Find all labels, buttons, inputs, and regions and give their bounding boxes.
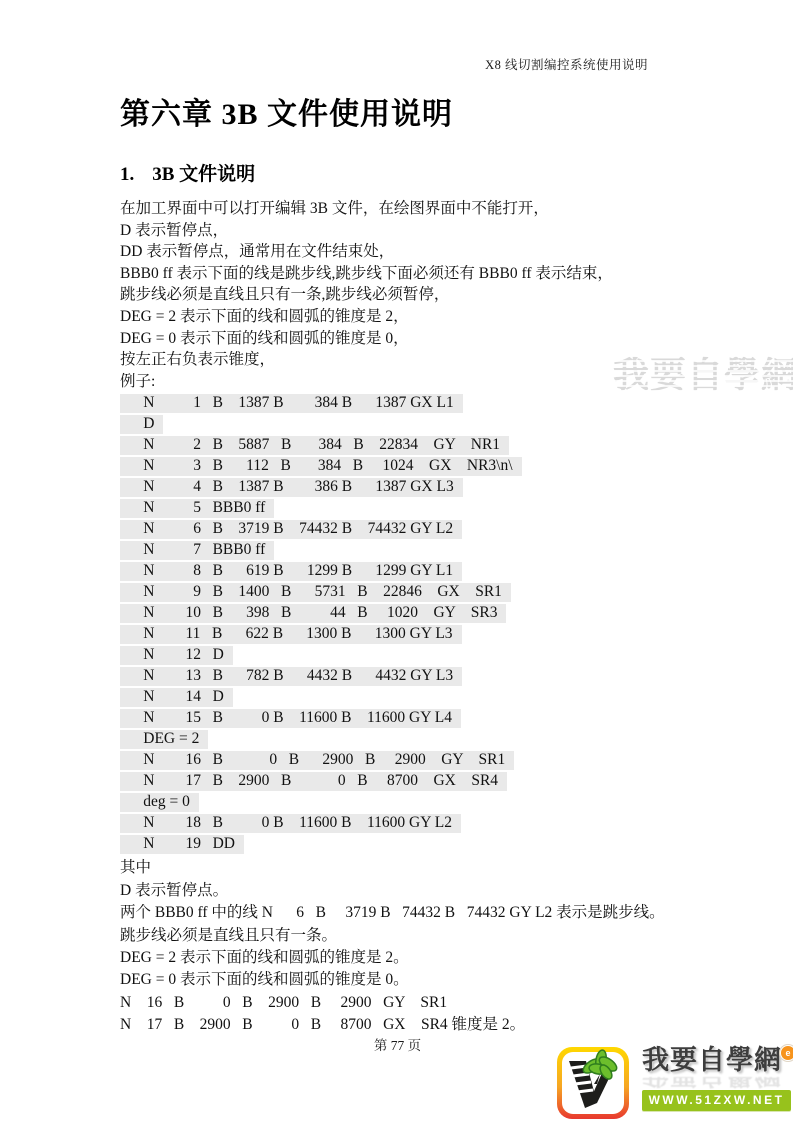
section-number: 1. (120, 164, 134, 185)
section-title: 3B 文件说明 (152, 164, 255, 185)
code-row-text: N 13 B 782 B 4432 B 4432 GY L3 (120, 667, 462, 686)
code-row-text: N 14 D (120, 688, 233, 707)
code-row-text: DEG = 2 (120, 730, 208, 749)
code-row: N 7 BBB0 ff (120, 539, 705, 560)
intro-line: BBB0 ff 表示下面的线是跳步线,跳步线下面必须还有 BBB0 ff 表示结… (120, 263, 705, 285)
intro-line: D 表示暂停点， (120, 220, 705, 242)
code-row-text: N 9 B 1400 B 5731 B 22846 GX SR1 (120, 583, 511, 602)
intro-line: DEG = 0 表示下面的线和圆弧的锥度是 0， (120, 328, 705, 350)
notes-paragraph: 其中 D 表示暂停点。 两个 BBB0 ff 中的线 N 6 B 3719 B … (120, 857, 705, 1036)
document-page: X8 线切割编控系统使用说明 第六章 3B 文件使用说明 1.3B 文件说明 在… (0, 0, 793, 1122)
note-line: N 17 B 2900 B 0 B 8700 GX SR4 锥度是 2。 (120, 1014, 705, 1036)
logo-badge-icon (556, 1046, 630, 1120)
code-row-text: N 17 B 2900 B 0 B 8700 GX SR4 (120, 772, 507, 791)
code-row: N 8 B 619 B 1299 B 1299 GY L1 (120, 560, 705, 581)
code-row-text: N 8 B 619 B 1299 B 1299 GY L1 (120, 562, 462, 581)
code-row-text: N 19 DD (120, 835, 244, 854)
code-row: N 11 B 622 B 1300 B 1300 GY L3 (120, 623, 705, 644)
code-row-text: N 12 D (120, 646, 233, 665)
chapter-title: 第六章 3B 文件使用说明 (120, 94, 705, 136)
code-row-text: deg = 0 (120, 793, 199, 812)
code-row-text: D (120, 415, 163, 434)
code-row-text: N 3 B 112 B 384 B 1024 GX NR3\n\ (120, 457, 522, 476)
code-row: N 3 B 112 B 384 B 1024 GX NR3\n\ (120, 455, 705, 476)
logo-text-column: 我要自學網 我要自學網 e WWW.51ZXW.NET (642, 1044, 793, 1122)
page-content: 第六章 3B 文件使用说明 1.3B 文件说明 在加工界面中可以打开编辑 3B … (120, 0, 705, 1053)
code-row-text: N 1 B 1387 B 384 B 1387 GX L1 (120, 394, 463, 413)
logo-orange-dot-icon: e (780, 1045, 793, 1061)
code-row: N 5 BBB0 ff (120, 497, 705, 518)
code-row: N 12 D (120, 644, 705, 665)
logo-url-banner: WWW.51ZXW.NET (642, 1090, 791, 1111)
intro-line: 在加工界面中可以打开编辑 3B 文件，在绘图界面中不能打开， (120, 198, 705, 220)
note-line: 其中 (120, 857, 705, 879)
note-line: 跳步线必须是直线且只有一条。 (120, 925, 705, 947)
logo-brand-reflection: 我要自學網 (642, 1077, 793, 1089)
code-row-text: N 15 B 0 B 11600 B 11600 GY L4 (120, 709, 461, 728)
3b-code-listing: N 1 B 1387 B 384 B 1387 GX L1 D N 2 B 58… (120, 392, 705, 854)
watermark-stripes (613, 352, 793, 398)
intro-line: 跳步线必须是直线且只有一条,跳步线必须暂停， (120, 284, 705, 306)
code-row: N 17 B 2900 B 0 B 8700 GX SR4 (120, 770, 705, 791)
note-line: 两个 BBB0 ff 中的线 N 6 B 3719 B 74432 B 7443… (120, 902, 705, 924)
code-row: N 4 B 1387 B 386 B 1387 GX L3 (120, 476, 705, 497)
code-row: N 18 B 0 B 11600 B 11600 GY L2 (120, 812, 705, 833)
51zxw-logo: 我要自學網 我要自學網 e WWW.51ZXW.NET (556, 1044, 793, 1122)
section-heading: 1.3B 文件说明 (120, 162, 705, 187)
code-row: N 19 DD (120, 833, 705, 854)
note-line: N 16 B 0 B 2900 B 2900 GY SR1 (120, 992, 705, 1014)
code-row-text: N 2 B 5887 B 384 B 22834 GY NR1 (120, 436, 509, 455)
code-row-text: N 16 B 0 B 2900 B 2900 GY SR1 (120, 751, 514, 770)
logo-brand-text: 我要自學網 (642, 1044, 793, 1076)
note-line: DEG = 0 表示下面的线和圆弧的锥度是 0。 (120, 969, 705, 991)
note-line: DEG = 2 表示下面的线和圆弧的锥度是 2。 (120, 947, 705, 969)
code-row-text: N 10 B 398 B 44 B 1020 GY SR3 (120, 604, 506, 623)
code-row-text: N 11 B 622 B 1300 B 1300 GY L3 (120, 625, 462, 644)
site-watermark: 我要自學網 (613, 352, 793, 398)
code-row-text: N 6 B 3719 B 74432 B 74432 GY L2 (120, 520, 462, 539)
code-row: N 14 D (120, 686, 705, 707)
code-row-text: N 7 BBB0 ff (120, 541, 274, 560)
code-row: N 15 B 0 B 11600 B 11600 GY L4 (120, 707, 705, 728)
code-row: N 10 B 398 B 44 B 1020 GY SR3 (120, 602, 705, 623)
code-row-text: N 4 B 1387 B 386 B 1387 GX L3 (120, 478, 463, 497)
code-row: D (120, 413, 705, 434)
code-row: deg = 0 (120, 791, 705, 812)
code-row: N 9 B 1400 B 5731 B 22846 GX SR1 (120, 581, 705, 602)
code-row-text: N 18 B 0 B 11600 B 11600 GY L2 (120, 814, 461, 833)
code-row: N 16 B 0 B 2900 B 2900 GY SR1 (120, 749, 705, 770)
intro-line: DEG = 2 表示下面的线和圆弧的锥度是 2， (120, 306, 705, 328)
code-row: N 2 B 5887 B 384 B 22834 GY NR1 (120, 434, 705, 455)
note-line: D 表示暂停点。 (120, 880, 705, 902)
intro-line: DD 表示暂停点，通常用在文件结束处， (120, 241, 705, 263)
code-row: N 6 B 3719 B 74432 B 74432 GY L2 (120, 518, 705, 539)
code-row: DEG = 2 (120, 728, 705, 749)
code-row-text: N 5 BBB0 ff (120, 499, 274, 518)
code-row: N 13 B 782 B 4432 B 4432 GY L3 (120, 665, 705, 686)
